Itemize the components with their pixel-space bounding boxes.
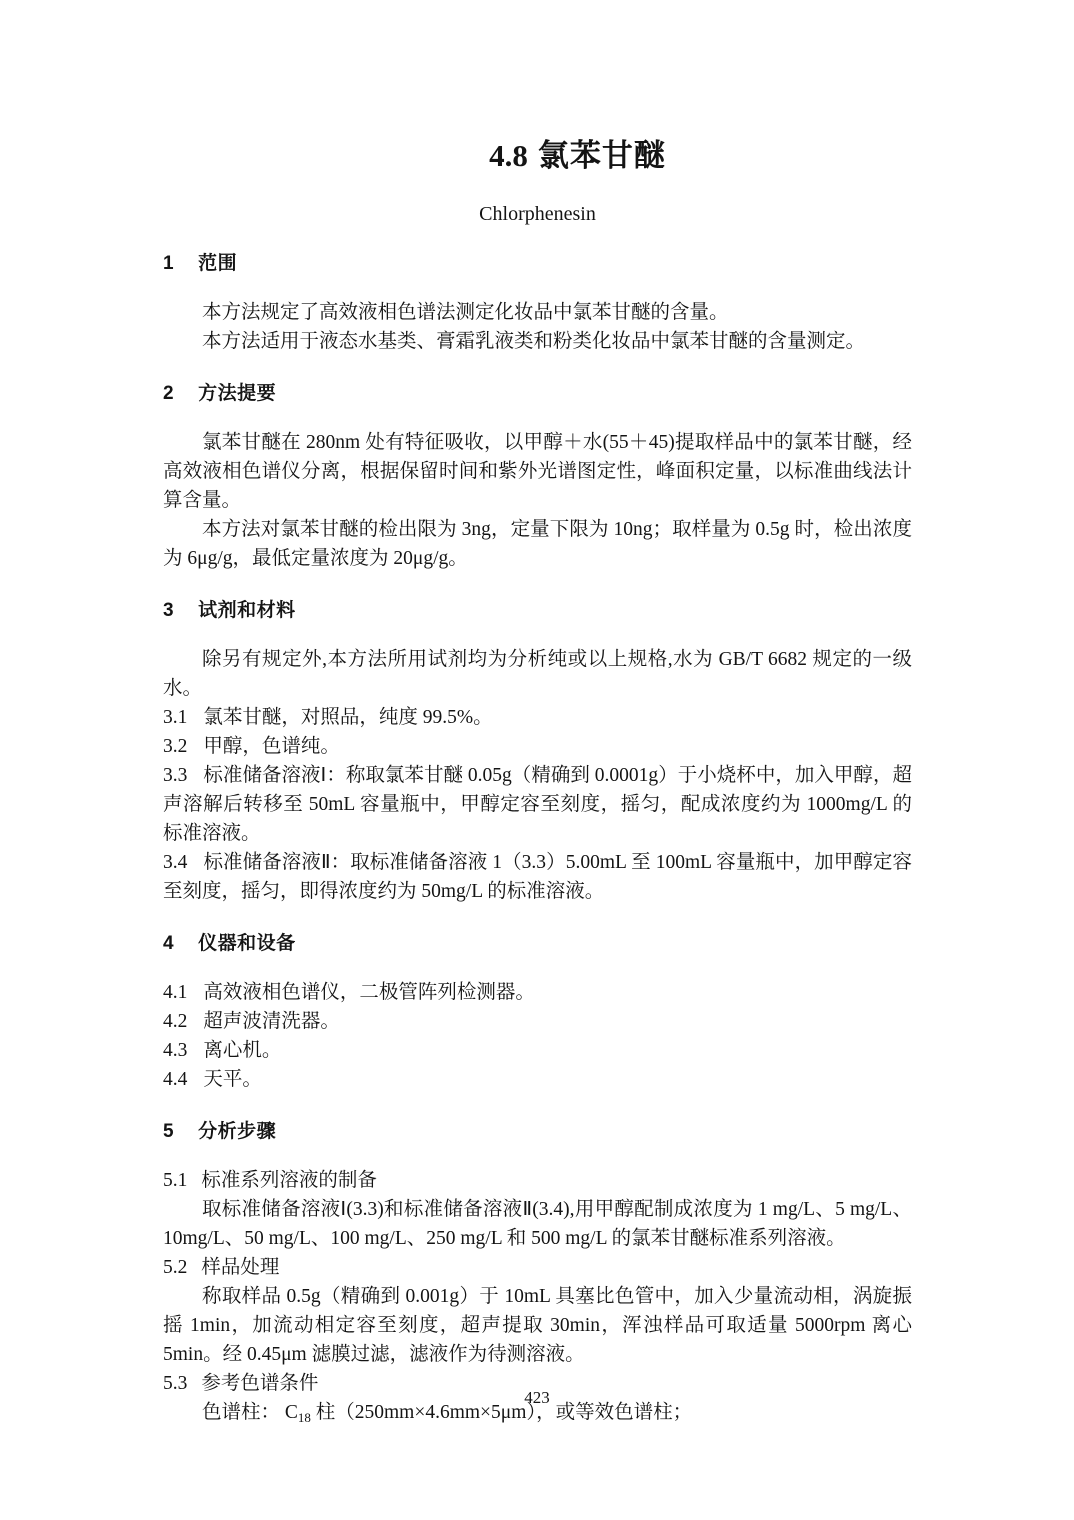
page-number: 423 [0, 1388, 1074, 1408]
section-reagents-materials: 3试剂和材料 除另有规定外,本方法所用试剂均为分析纯或以上规格,水为 GB/T … [163, 599, 912, 906]
list-item: 4.4天平。 [163, 1065, 912, 1094]
subsection-heading-sample-treatment: 5.2样品处理 [163, 1253, 912, 1282]
section-number: 1 [163, 253, 174, 274]
list-item: 3.4标准储备溶液Ⅱ：取标准储备溶液 1（3.3）5.00mL 至 100mL … [163, 848, 912, 906]
document-page: 4.8氯苯甘醚 Chlorphenesin 1范围 本方法规定了高效液相色谱法测… [0, 0, 1074, 1520]
item-text: 甲醇，色谱纯。 [203, 736, 340, 757]
paragraph: 本方法规定了高效液相色谱法测定化妆品中氯苯甘醚的含量。 [163, 298, 912, 327]
item-number: 4.1 [163, 982, 187, 1003]
paragraph: 取标准储备溶液Ⅰ(3.3)和标准储备溶液Ⅱ(3.4),用甲醇配制成浓度为 1 m… [163, 1195, 912, 1253]
subsection-number: 5.1 [163, 1170, 187, 1191]
item-number: 3.4 [163, 852, 187, 873]
section-title: 试剂和材料 [198, 600, 296, 621]
page-title: 4.8氯苯甘醚 [203, 136, 952, 176]
item-number: 3.2 [163, 736, 187, 757]
paragraph: 本方法适用于液态水基类、膏霜乳液类和粉类化妆品中氯苯甘醚的含量测定。 [163, 327, 912, 356]
page-title-number: 4.8 [489, 138, 528, 173]
item-number: 4.3 [163, 1040, 187, 1061]
item-text: 超声波清洗器。 [203, 1011, 340, 1032]
section-heading-procedure: 5分析步骤 [163, 1120, 912, 1144]
paragraph: 本方法对氯苯甘醚的检出限为 3ng，定量下限为 10ng；取样量为 0.5g 时… [163, 515, 912, 573]
list-item: 4.3离心机。 [163, 1036, 912, 1065]
paragraph: 氯苯甘醚在 280nm 处有特征吸收，以甲醇＋水(55＋45)提取样品中的氯苯甘… [163, 428, 912, 515]
document-subtitle: Chlorphenesin [163, 202, 912, 226]
document-content: 4.8氯苯甘醚 Chlorphenesin 1范围 本方法规定了高效液相色谱法测… [163, 136, 912, 1428]
section-number: 5 [163, 1121, 174, 1142]
section-scope: 1范围 本方法规定了高效液相色谱法测定化妆品中氯苯甘醚的含量。 本方法适用于液态… [163, 252, 912, 356]
paragraph: 除另有规定外,本方法所用试剂均为分析纯或以上规格,水为 GB/T 6682 规定… [163, 645, 912, 703]
subsection-number: 5.2 [163, 1257, 187, 1278]
section-instruments-equipment: 4仪器和设备 4.1高效液相色谱仪，二极管阵列检测器。 4.2超声波清洗器。 4… [163, 932, 912, 1094]
section-method-summary: 2方法提要 氯苯甘醚在 280nm 处有特征吸收，以甲醇＋水(55＋45)提取样… [163, 382, 912, 573]
section-number: 3 [163, 600, 174, 621]
section-analysis-procedure: 5分析步骤 5.1标准系列溶液的制备 取标准储备溶液Ⅰ(3.3)和标准储备溶液Ⅱ… [163, 1120, 912, 1428]
section-title: 仪器和设备 [198, 933, 296, 954]
item-text: 高效液相色谱仪，二极管阵列检测器。 [203, 982, 535, 1003]
item-number: 4.2 [163, 1011, 187, 1032]
item-text: 标准储备溶液Ⅱ：取标准储备溶液 1（3.3）5.00mL 至 100mL 容量瓶… [163, 852, 912, 902]
section-number: 4 [163, 933, 174, 954]
list-item: 3.3标准储备溶液Ⅰ：称取氯苯甘醚 0.05g（精确到 0.0001g）于小烧杯… [163, 761, 912, 848]
section-heading-reagents: 3试剂和材料 [163, 599, 912, 623]
subsection-title: 标准系列溶液的制备 [201, 1170, 377, 1191]
item-number: 3.3 [163, 765, 187, 786]
section-heading-instruments: 4仪器和设备 [163, 932, 912, 956]
section-title: 方法提要 [198, 383, 276, 404]
item-text: 氯苯甘醚，对照品，纯度 99.5%。 [203, 707, 492, 728]
section-title: 分析步骤 [198, 1121, 276, 1142]
item-text: 标准储备溶液Ⅰ：称取氯苯甘醚 0.05g（精确到 0.0001g）于小烧杯中，加… [163, 765, 912, 844]
item-text: 天平。 [203, 1069, 262, 1090]
item-number: 3.1 [163, 707, 187, 728]
section-heading-scope: 1范围 [163, 252, 912, 276]
list-item: 3.1氯苯甘醚，对照品，纯度 99.5%。 [163, 703, 912, 732]
section-number: 2 [163, 383, 174, 404]
item-text: 离心机。 [203, 1040, 281, 1061]
list-item: 4.2超声波清洗器。 [163, 1007, 912, 1036]
item-number: 4.4 [163, 1069, 187, 1090]
section-heading-method-summary: 2方法提要 [163, 382, 912, 406]
page-title-text: 氯苯甘醚 [538, 138, 666, 173]
paragraph: 称取样品 0.5g（精确到 0.001g）于 10mL 具塞比色管中，加入少量流… [163, 1282, 912, 1369]
subsection-heading-standard-series: 5.1标准系列溶液的制备 [163, 1166, 912, 1195]
subsection-title: 样品处理 [201, 1257, 279, 1278]
c18-subscript: 18 [298, 1410, 311, 1425]
list-item: 4.1高效液相色谱仪，二极管阵列检测器。 [163, 978, 912, 1007]
list-item: 3.2甲醇，色谱纯。 [163, 732, 912, 761]
section-title: 范围 [198, 253, 237, 274]
